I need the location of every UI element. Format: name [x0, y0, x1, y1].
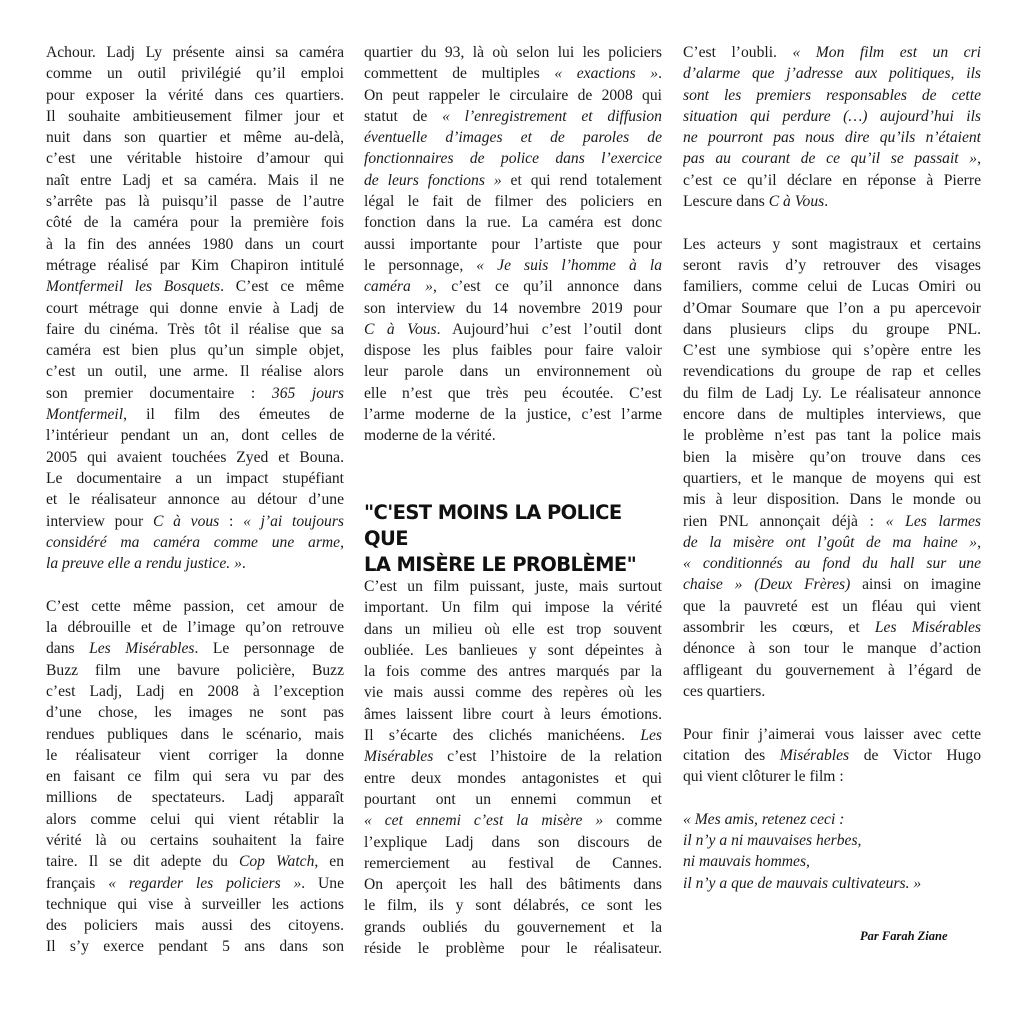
text-line: Buzz film une bavure policière, Buzz: [46, 660, 344, 681]
text-run: légal le fait de filmer des policiers en: [364, 193, 662, 210]
text-line: millions de spectateurs. Ladj apparaît: [46, 787, 344, 808]
text-line: et le réalisateur annonce au détour d’un…: [46, 489, 344, 510]
italic-run: il n’y a ni mauvaises herbes,: [683, 832, 861, 849]
text-run: 2005 qui avaient touchées Zyed et Bouna.: [46, 449, 344, 466]
text-line: grands oubliés du gouvernement et la: [364, 917, 662, 938]
text-run: taire. Il se dit adepte du: [46, 853, 239, 870]
text-run: comme: [603, 812, 662, 829]
text-run: nuit dans son quartier et même au-delà,: [46, 129, 344, 146]
italic-run: fonctionnaires de police dans l’exercice: [364, 150, 662, 167]
text-line: il n’y a ni mauvaises herbes,: [683, 830, 981, 851]
text-run: bien la misère qu’on trouve dans ces: [683, 449, 981, 466]
text-line: des policiers mais aussi des citoyens.: [46, 915, 344, 936]
text-run: naît entre Ladj et sa caméra. Mais il ne: [46, 172, 344, 189]
text-run: vérité là ou certains souhaitent la fair…: [46, 832, 344, 849]
text-line: Montfermeil, il film des émeutes de: [46, 404, 344, 425]
text-line: On peut rappeler le circulaire de 2008 q…: [364, 85, 662, 106]
text-line: Lescure dans C à Vous.: [683, 191, 981, 212]
text-run: d’une chose, les images ne sont pas: [46, 704, 344, 721]
text-line: caméra est bien plus qu’un simple objet,: [46, 340, 344, 361]
text-line: la preuve elle a rendu justice. ».: [46, 553, 344, 574]
text-line: éventuelle d’images et de paroles de: [364, 127, 662, 148]
italic-run: ne pourront pas nous dire qu’ils n’étaie…: [683, 129, 981, 146]
text-line: Pour finir j’aimerai vous laisser avec c…: [683, 724, 981, 745]
text-run: le problème n’est pas tant la police mai…: [683, 427, 981, 444]
italic-run: éventuelle d’images et de paroles de: [364, 129, 662, 146]
text-run: Buzz film une bavure policière, Buzz: [46, 662, 344, 679]
text-run: affligeant du gouvernement à l’égard de: [683, 662, 981, 679]
text-run: . C’est ce même: [220, 278, 344, 295]
text-run: court métrage qui donne envie à Ladj de: [46, 300, 344, 317]
text-run: rien PNL annonçait déjà :: [683, 513, 886, 530]
text-run: pourtant ont un ennemi commun et: [364, 791, 662, 808]
text-line: ni mauvais hommes,: [683, 851, 981, 872]
text-run: C’est une symbiose qui s’opère entre les: [683, 342, 981, 359]
text-run: Les acteurs y sont magistraux et certain…: [683, 236, 981, 253]
section-heading: "C'EST MOINS LA POLICE QUE LA MISÈRE LE …: [364, 500, 664, 578]
text-line: comme un outil privilégié qu’il emploi: [46, 63, 344, 84]
text-line: pas au courant de ce qu’il se passait »,: [683, 148, 981, 169]
italic-run: « regarder les policiers »: [108, 875, 301, 892]
text-line: français « regarder les policiers ». Une: [46, 873, 344, 894]
text-run: d’Omar Soumare que l’on a pu apercevoir: [683, 300, 981, 317]
italic-run: « conditionnés au fond du hall sur une: [683, 555, 981, 572]
text-line: Il s’écarte des clichés manichéens. Les: [364, 725, 662, 746]
text-run: C’est l’oubli.: [683, 44, 792, 61]
text-line: elle n’est que très peu écoutée. C’est: [364, 383, 662, 404]
text-run: que la pauvreté est un fléau qui vient: [683, 598, 981, 615]
italic-run: « l’enregistrement et diffusion: [442, 108, 662, 125]
text-line: qui vient clôturer le film :: [683, 766, 981, 787]
italic-run: caméra »: [364, 278, 433, 295]
text-line: assombrir les cœurs, et Les Misérables: [683, 617, 981, 638]
italic-run: C à Vous: [364, 321, 437, 338]
text-line: Les acteurs y sont magistraux et certain…: [683, 234, 981, 255]
text-run: C’est un film puissant, juste, mais surt…: [364, 578, 662, 595]
text-run: Achour. Ladj Ly présente ainsi sa caméra: [46, 44, 344, 61]
text-run: leur parole dans un environnement où: [364, 363, 662, 380]
text-line: dénonce à son tour le manque d’action: [683, 638, 981, 659]
paragraph-gap: [683, 787, 981, 808]
italic-run: Les Misérables: [875, 619, 981, 636]
text-line: de la misère ont l’goût de ma haine »,: [683, 532, 981, 553]
text-run: de Victor Hugo: [849, 747, 981, 764]
italic-run: « Mes amis, retenez ceci :: [683, 811, 844, 828]
italic-run: Misérables: [364, 748, 433, 765]
text-line: d’Omar Soumare que l’on a pu apercevoir: [683, 298, 981, 319]
text-line: considéré ma caméra comme une arme,: [46, 532, 344, 553]
text-run: son premier documentaire :: [46, 385, 272, 402]
text-line: c’est une véritable histoire d’amour qui: [46, 148, 344, 169]
text-run: ces quartiers.: [683, 683, 765, 700]
text-line: le réalisateur vient corriger la donne: [46, 745, 344, 766]
paragraph-gap: [683, 212, 981, 233]
text-run: . Le personnage de: [195, 640, 345, 657]
text-run: C’est cette même passion, cet amour de: [46, 598, 344, 615]
text-line: dispose les plus faibles pour faire valo…: [364, 340, 662, 361]
italic-run: Cop Watch: [239, 853, 314, 870]
text-line: la débrouille et de l’image qu’on retrou…: [46, 617, 344, 638]
text-line: sont les premiers responsables de cette: [683, 85, 981, 106]
text-line: Il s’y exerce pendant 5 ans dans son: [46, 936, 344, 957]
text-line: C’est cette même passion, cet amour de: [46, 596, 344, 617]
italic-run: situation qui perdure (…) aujourd’hui il…: [683, 108, 981, 125]
italic-run: de leurs fonctions »: [364, 172, 502, 189]
text-line: « Mes amis, retenez ceci :: [683, 809, 981, 830]
text-line: vie mais aussi comme des repères où les: [364, 682, 662, 703]
italic-run: Les: [640, 727, 662, 744]
text-line: l’arme moderne de la justice, c’est l’ar…: [364, 404, 662, 425]
article-column-3: C’est l’oubli. « Mon film est un crid’al…: [683, 42, 981, 894]
text-run: aussi importante pour l’artiste que pour: [364, 236, 662, 253]
text-run: , en: [314, 853, 344, 870]
text-run: dans plusieurs clips du groupe PNL.: [683, 321, 981, 338]
text-run: .: [242, 555, 246, 572]
italic-run: « Je suis l’homme à la: [476, 257, 662, 274]
italic-run: d’alarme que j’adresse aux politiques, i…: [683, 65, 981, 82]
text-run: familiers, comme celui de Lucas Omiri ou: [683, 278, 981, 295]
text-line: rien PNL annonçait déjà : « Les larmes: [683, 511, 981, 532]
text-run: réside le problème pour le réalisateur.: [364, 940, 662, 957]
text-run: qui vient clôturer le film :: [683, 768, 844, 785]
text-run: des policiers mais aussi des citoyens.: [46, 917, 344, 934]
text-line: naît entre Ladj et sa caméra. Mais il ne: [46, 170, 344, 191]
text-line: Achour. Ladj Ly présente ainsi sa caméra: [46, 42, 344, 63]
text-run: âmes laissent libre court à leurs émotio…: [364, 706, 662, 723]
text-run: vie mais aussi comme des repères où les: [364, 684, 662, 701]
text-line: le film, ils y sont délabrés, ce sont le…: [364, 895, 662, 916]
text-line: « conditionnés au fond du hall sur une: [683, 553, 981, 574]
text-run: s’arrête pas là puisqu’il passe de l’aut…: [46, 193, 344, 210]
text-run: et le réalisateur annonce au détour d’un…: [46, 491, 344, 508]
text-line: dans Les Misérables. Le personnage de: [46, 638, 344, 659]
text-run: quartiers, et le manque de moyens qui es…: [683, 470, 981, 487]
italic-run: Montfermeil: [46, 406, 123, 423]
text-run: grands oubliés du gouvernement et la: [364, 919, 662, 936]
text-line: c’est un outil, une arme. Il réalise alo…: [46, 361, 344, 382]
text-run: et qui rend totalement: [502, 172, 662, 189]
text-line: chaise » (Deux Frères) ainsi on imagine: [683, 574, 981, 595]
italic-run: 365 jours: [272, 385, 344, 402]
text-line: en faisant ce film qui sera vu par des: [46, 766, 344, 787]
text-line: interview pour C à vous : « j’ai toujour…: [46, 511, 344, 532]
text-line: son interview du 14 novembre 2019 pour: [364, 298, 662, 319]
text-run: elle n’est que très peu écoutée. C’est: [364, 385, 662, 402]
text-line: métrage réalisé par Kim Chapiron intitul…: [46, 255, 344, 276]
text-line: caméra », c’est ce qu’il annonce dans: [364, 276, 662, 297]
italic-run: il n’y a que de mauvais cultivateurs. »: [683, 875, 921, 892]
text-line: citation des Misérables de Victor Hugo: [683, 745, 981, 766]
text-line: commettent de multiples « exactions ».: [364, 63, 662, 84]
text-line: l’explique Ladj dans son discours de: [364, 832, 662, 853]
text-run: interview pour: [46, 513, 153, 530]
text-line: leur parole dans un environnement où: [364, 361, 662, 382]
text-line: quartier du 93, là où selon lui les poli…: [364, 42, 662, 63]
text-line: C’est l’oubli. « Mon film est un cri: [683, 42, 981, 63]
text-line: fonction dans la rue. La caméra est donc: [364, 212, 662, 233]
text-line: C’est une symbiose qui s’opère entre les: [683, 340, 981, 361]
text-line: ne pourront pas nous dire qu’ils n’étaie…: [683, 127, 981, 148]
text-run: l’explique Ladj dans son discours de: [364, 834, 662, 851]
text-line: de leurs fonctions » et qui rend totalem…: [364, 170, 662, 191]
text-line: la fois comme des antres marqués par la: [364, 661, 662, 682]
text-run: métrage réalisé par Kim Chapiron intitul…: [46, 257, 344, 274]
text-run: Il s’écarte des clichés manichéens.: [364, 727, 640, 744]
text-run: moderne de la vérité.: [364, 427, 496, 444]
italic-run: de la misère ont l’goût de ma haine »: [683, 534, 977, 551]
text-line: bien la misère qu’on trouve dans ces: [683, 447, 981, 468]
text-run: la débrouille et de l’image qu’on retrou…: [46, 619, 344, 636]
text-line: dans un milieu où elle est trop souvent: [364, 619, 662, 640]
text-run: .: [824, 193, 828, 210]
text-run: mis à leur disposition. Dans le monde ou: [683, 491, 981, 508]
text-line: d’alarme que j’adresse aux politiques, i…: [683, 63, 981, 84]
italic-run: considéré ma caméra comme une arme,: [46, 534, 344, 551]
text-line: s’arrête pas là puisqu’il passe de l’aut…: [46, 191, 344, 212]
text-run: du film de Ladj Ly. Le réalisateur annon…: [683, 385, 981, 402]
text-run: la fois comme des antres marqués par la: [364, 663, 662, 680]
italic-run: « Mon film est un cri: [792, 44, 981, 61]
text-line: d’une chose, les images ne sont pas: [46, 702, 344, 723]
italic-run: Montfermeil les Bosquets: [46, 278, 220, 295]
text-run: alors comme celui qui vient rétablir la: [46, 811, 344, 828]
text-line: c’est Ladj, Ladj en 2008 à l’exception: [46, 681, 344, 702]
text-run: le film, ils y sont délabrés, ce sont le…: [364, 897, 662, 914]
text-run: .: [658, 65, 662, 82]
text-line: Il souhaite ambitieusement filmer jour e…: [46, 106, 344, 127]
italic-run: « cet ennemi c’est la misère »: [364, 812, 603, 829]
italic-run: pas au courant de ce qu’il se passait »: [683, 150, 977, 167]
text-line: mis à leur disposition. Dans le monde ou: [683, 489, 981, 510]
text-run: ,: [977, 534, 981, 551]
italic-run: C à Vous: [769, 193, 824, 210]
text-line: le problème n’est pas tant la police mai…: [683, 425, 981, 446]
text-line: Misérables c’est l’histoire de la relati…: [364, 746, 662, 767]
text-run: ainsi on imagine: [850, 576, 981, 593]
text-line: il n’y a que de mauvais cultivateurs. »: [683, 873, 981, 894]
text-run: statut de: [364, 108, 442, 125]
text-run: l’arme moderne de la justice, c’est l’ar…: [364, 406, 662, 423]
article-column-2: quartier du 93, là où selon lui les poli…: [364, 42, 662, 447]
text-line: à la fin des années 1980 dans un court: [46, 234, 344, 255]
text-run: rendues publiques dans le scénario, mais: [46, 726, 344, 743]
heading-line-1: "C'EST MOINS LA POLICE QUE: [364, 500, 664, 552]
text-run: le personnage,: [364, 257, 476, 274]
text-line: alors comme celui qui vient rétablir la: [46, 809, 344, 830]
text-run: remerciement au festival de Cannes.: [364, 855, 662, 872]
italic-run: Les Misérables: [89, 640, 194, 657]
text-line: légal le fait de filmer des policiers en: [364, 191, 662, 212]
text-run: pour exposer la vérité dans ces quartier…: [46, 87, 344, 104]
italic-run: sont les premiers responsables de cette: [683, 87, 981, 104]
text-run: entre deux mondes antagonistes et qui: [364, 770, 662, 787]
text-run: fonction dans la rue. La caméra est donc: [364, 214, 662, 231]
text-line: situation qui perdure (…) aujourd’hui il…: [683, 106, 981, 127]
text-line: Le documentaire a un impact stupéfiant: [46, 468, 344, 489]
italic-run: « Les larmes: [886, 513, 981, 530]
text-run: le réalisateur vient corriger la donne: [46, 747, 344, 764]
text-run: l’intérieur pendant un an, dont celles d…: [46, 427, 344, 444]
text-run: assombrir les cœurs, et: [683, 619, 875, 636]
text-run: Le documentaire a un impact stupéfiant: [46, 470, 344, 487]
text-run: c’est l’histoire de la relation: [433, 748, 662, 765]
italic-run: chaise » (Deux Frères): [683, 576, 850, 593]
text-line: rendues publiques dans le scénario, mais: [46, 724, 344, 745]
text-line: fonctionnaires de police dans l’exercice: [364, 148, 662, 169]
text-line: côté de la caméra pour la première fois: [46, 212, 344, 233]
text-run: caméra est bien plus qu’un simple objet,: [46, 342, 344, 359]
text-run: revendications du groupe de rap et celle…: [683, 363, 981, 380]
text-line: taire. Il se dit adepte du Cop Watch, en: [46, 851, 344, 872]
text-run: important. Un film qui impose la vérité: [364, 599, 662, 616]
text-run: On peut rappeler le circulaire de 2008 q…: [364, 87, 662, 104]
text-run: Lescure dans: [683, 193, 769, 210]
text-line: nuit dans son quartier et même au-delà,: [46, 127, 344, 148]
text-run: , c’est ce qu’il annonce dans: [433, 278, 662, 295]
text-run: en faisant ce film qui sera vu par des: [46, 768, 344, 785]
text-run: français: [46, 875, 108, 892]
text-line: que la pauvreté est un fléau qui vient: [683, 596, 981, 617]
italic-run: ni mauvais hommes,: [683, 853, 810, 870]
text-run: . Une: [301, 875, 344, 892]
text-run: dénonce à son tour le manque d’action: [683, 640, 981, 657]
text-line: c’est ce qu’il déclare en réponse à Pier…: [683, 170, 981, 191]
text-run: millions de spectateurs. Ladj apparaît: [46, 789, 344, 806]
text-run: Il souhaite ambitieusement filmer jour e…: [46, 108, 344, 125]
text-run: Pour finir j’aimerai vous laisser avec c…: [683, 726, 981, 743]
paragraph-gap: [46, 574, 344, 595]
text-run: . Aujourd’hui c’est l’outil dont: [437, 321, 662, 338]
text-line: faire du cinéma. Très tôt il réalise que…: [46, 319, 344, 340]
text-line: Montfermeil les Bosquets. C’est ce même: [46, 276, 344, 297]
text-line: affligeant du gouvernement à l’égard de: [683, 660, 981, 681]
article-column-2-continued: C’est un film puissant, juste, mais surt…: [364, 576, 662, 959]
text-line: important. Un film qui impose la vérité: [364, 597, 662, 618]
text-run: Il s’y exerce pendant 5 ans dans son: [46, 938, 344, 955]
text-line: C à Vous. Aujourd’hui c’est l’outil dont: [364, 319, 662, 340]
text-line: seront ravis d’y retrouver des visages: [683, 255, 981, 276]
text-run: c’est Ladj, Ladj en 2008 à l’exception: [46, 683, 344, 700]
text-line: moderne de la vérité.: [364, 425, 662, 446]
text-line: oubliée. Les banlieues y sont dépeintes …: [364, 640, 662, 661]
text-line: réside le problème pour le réalisateur.: [364, 938, 662, 959]
text-run: technique qui vise à surveiller les acti…: [46, 896, 344, 913]
author-byline: Par Farah Ziane: [860, 929, 948, 944]
text-line: l’intérieur pendant un an, dont celles d…: [46, 425, 344, 446]
text-line: court métrage qui donne envie à Ladj de: [46, 298, 344, 319]
text-run: ,: [977, 150, 981, 167]
text-line: On aperçoit les hall des bâtiments dans: [364, 874, 662, 895]
text-line: âmes laissent libre court à leurs émotio…: [364, 704, 662, 725]
text-run: dans un milieu où elle est trop souvent: [364, 621, 662, 638]
text-line: entre deux mondes antagonistes et qui: [364, 768, 662, 789]
text-line: pour exposer la vérité dans ces quartier…: [46, 85, 344, 106]
italic-run: la preuve elle a rendu justice. »: [46, 555, 242, 572]
text-run: encore dans de multiples interviews, que: [683, 406, 981, 423]
text-line: revendications du groupe de rap et celle…: [683, 361, 981, 382]
text-line: ces quartiers.: [683, 681, 981, 702]
text-run: comme un outil privilégié qu’il emploi: [46, 65, 344, 82]
text-line: C’est un film puissant, juste, mais surt…: [364, 576, 662, 597]
italic-run: C à vous: [153, 513, 219, 530]
text-run: son interview du 14 novembre 2019 pour: [364, 300, 662, 317]
italic-run: « exactions »: [554, 65, 658, 82]
text-run: oubliée. Les banlieues y sont dépeintes …: [364, 642, 662, 659]
text-line: dans plusieurs clips du groupe PNL.: [683, 319, 981, 340]
text-run: quartier du 93, là où selon lui les poli…: [364, 44, 662, 61]
text-run: citation des: [683, 747, 780, 764]
text-line: familiers, comme celui de Lucas Omiri ou: [683, 276, 981, 297]
text-run: On aperçoit les hall des bâtiments dans: [364, 876, 662, 893]
text-run: c’est un outil, une arme. Il réalise alo…: [46, 363, 344, 380]
text-line: le personnage, « Je suis l’homme à la: [364, 255, 662, 276]
text-run: côté de la caméra pour la première fois: [46, 214, 344, 231]
text-run: à la fin des années 1980 dans un court: [46, 236, 344, 253]
text-line: 2005 qui avaient touchées Zyed et Bouna.: [46, 447, 344, 468]
text-run: c’est une véritable histoire d’amour qui: [46, 150, 344, 167]
text-run: faire du cinéma. Très tôt il réalise que…: [46, 321, 344, 338]
italic-run: « j’ai toujours: [243, 513, 344, 530]
text-line: du film de Ladj Ly. Le réalisateur annon…: [683, 383, 981, 404]
text-line: aussi importante pour l’artiste que pour: [364, 234, 662, 255]
heading-line-2: LA MISÈRE LE PROBLÈME": [364, 552, 664, 578]
text-run: dans: [46, 640, 89, 657]
text-line: statut de « l’enregistrement et diffusio…: [364, 106, 662, 127]
text-line: vérité là ou certains souhaitent la fair…: [46, 830, 344, 851]
text-line: quartiers, et le manque de moyens qui es…: [683, 468, 981, 489]
text-run: commettent de multiples: [364, 65, 554, 82]
text-run: , il film des émeutes de: [123, 406, 344, 423]
text-run: c’est ce qu’il déclare en réponse à Pier…: [683, 172, 981, 189]
article-column-1: Achour. Ladj Ly présente ainsi sa caméra…: [46, 42, 344, 958]
text-run: :: [219, 513, 243, 530]
italic-run: Misérables: [780, 747, 849, 764]
text-line: son premier documentaire : 365 jours: [46, 383, 344, 404]
text-line: technique qui vise à surveiller les acti…: [46, 894, 344, 915]
text-run: seront ravis d’y retrouver des visages: [683, 257, 981, 274]
text-line: encore dans de multiples interviews, que: [683, 404, 981, 425]
paragraph-gap: [683, 702, 981, 723]
text-line: remerciement au festival de Cannes.: [364, 853, 662, 874]
text-line: « cet ennemi c’est la misère » comme: [364, 810, 662, 831]
text-run: dispose les plus faibles pour faire valo…: [364, 342, 662, 359]
text-line: pourtant ont un ennemi commun et: [364, 789, 662, 810]
